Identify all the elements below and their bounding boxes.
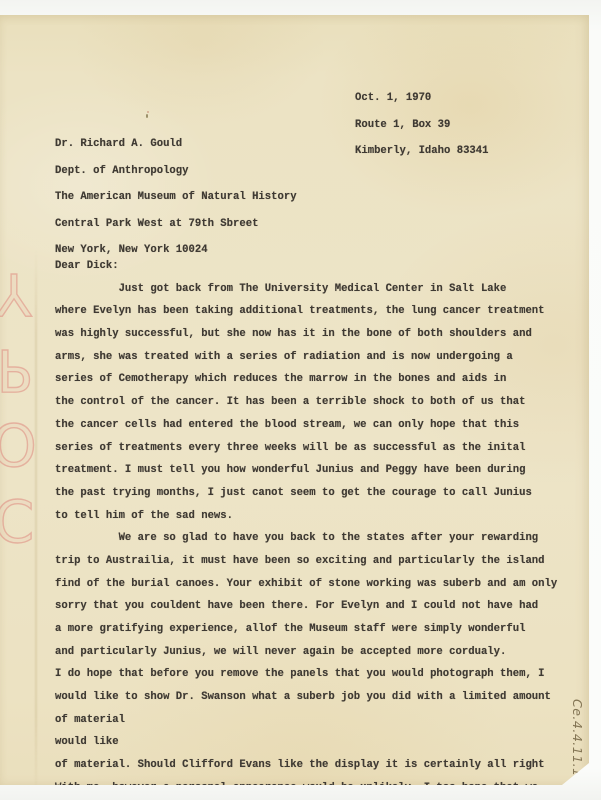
copy-stamp-letter: C	[0, 490, 34, 554]
body-line: would like	[55, 731, 557, 754]
body-line: the control of the cancer. It has been a…	[55, 391, 557, 414]
letter-page: Y P O C Oct. 1, 1970Route 1, Box 39Kimbe…	[0, 15, 589, 785]
body-line: We are so glad to have you back to the s…	[55, 527, 557, 550]
body-line: and particularly Junius, we will never a…	[55, 641, 557, 664]
body-line: of material. Should Clifford Evans like …	[55, 754, 557, 777]
letter-body: Dear Dick: Just got back from The Univer…	[55, 255, 557, 800]
recipient-line: The American Museum of Natural History	[55, 184, 297, 211]
body-line: where Evelyn has been taking additional …	[55, 300, 557, 323]
body-line: Dear Dick:	[55, 255, 557, 278]
paper-speck	[146, 114, 148, 118]
body-line: a more gratifying experience, allof the …	[55, 618, 557, 641]
body-line: series of Cemotherapy which reduces the …	[55, 368, 557, 391]
copy-stamp-letter: P	[0, 338, 31, 402]
paper-crease	[35, 250, 37, 800]
date-line: Oct. 1, 1970	[355, 85, 489, 112]
paper-speck	[147, 111, 149, 113]
body-line: trip to Austrailia, it must have been so…	[55, 550, 557, 573]
recipient-line: Central Park West at 79th Sbreet	[55, 211, 297, 238]
body-line: With me, however a personal appearance w…	[55, 777, 557, 800]
body-line: Just got back from The University Medica…	[55, 278, 557, 301]
body-line: to tell him of the sad news.	[55, 505, 557, 528]
copy-stamp-letter: O	[0, 414, 37, 478]
body-line: the cancer cells had entered the blood s…	[55, 414, 557, 437]
archival-note: Ce.4.4.11.1	[569, 699, 585, 787]
body-line: the past trying months, I just canot see…	[55, 482, 557, 505]
body-line: was highly successful, but she now has i…	[55, 323, 557, 346]
recipient-line: Dr. Richard A. Gould	[55, 131, 297, 158]
body-line: arms, she was treated with a series of r…	[55, 346, 557, 369]
body-line: find of the burial canoes. Your exhibit …	[55, 573, 557, 596]
body-line: treatment. I must tell you how wonderful…	[55, 459, 557, 482]
body-line: series of treatments every three weeks w…	[55, 437, 557, 460]
date-line: Route 1, Box 39	[355, 112, 489, 139]
recipient-block: Dr. Richard A. GouldDept. of Anthropolog…	[55, 131, 297, 264]
copy-stamp-letter: Y	[0, 262, 32, 326]
date-line: Kimberly, Idaho 83341	[355, 138, 489, 165]
date-address-block: Oct. 1, 1970Route 1, Box 39Kimberly, Ida…	[355, 85, 489, 165]
recipient-line: Dept. of Anthropology	[55, 158, 297, 185]
body-line: of material	[55, 709, 557, 732]
body-line: sorry that you couldent have been there.…	[55, 595, 557, 618]
body-line: would like to show Dr. Swanson what a su…	[55, 686, 557, 709]
body-line: I do hope that before you remove the pan…	[55, 663, 557, 686]
copy-stamp: Y P O C	[0, 262, 46, 554]
